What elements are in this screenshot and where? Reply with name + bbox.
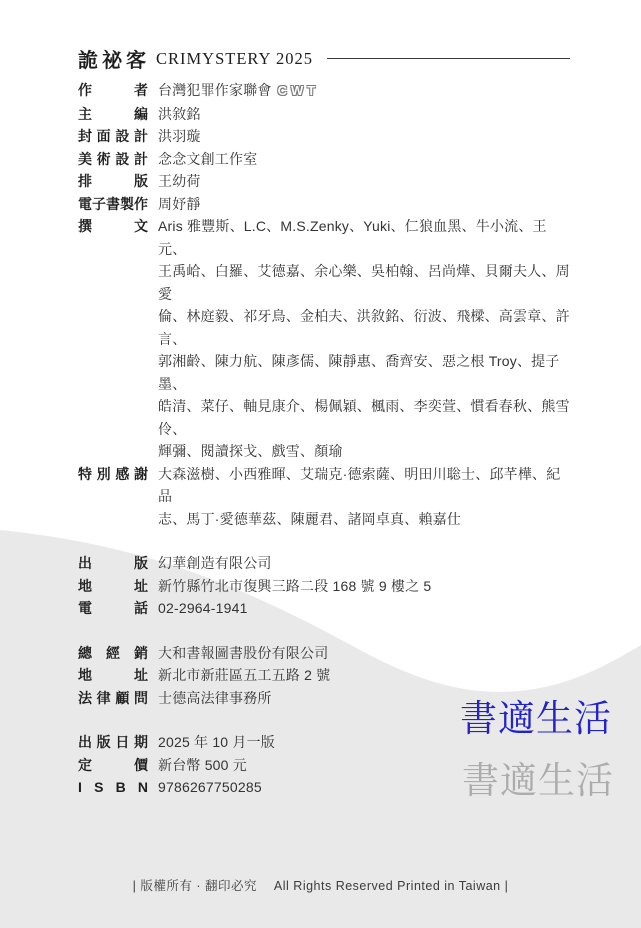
label-cover-design: 封面設計 [78,125,148,148]
row-cover-design: 封面設計 洪羽璇 [78,125,570,148]
value-ebook: 周妤靜 [158,193,570,216]
row-distributor-address: 地址 新北市新莊區五工五路 2 號 [78,664,570,687]
title-bar: 詭祕客 CRIMYSTERY 2025 [78,44,570,73]
label-contributors: 撰文 [78,215,148,463]
label-editor: 主編 [78,103,148,126]
row-distributor: 總經銷 大和書報圖書股份有限公司 [78,642,570,665]
label-publisher-address: 地址 [78,575,148,598]
value-art-design: 念念文創工作室 [158,148,570,171]
group-gap [78,620,570,642]
row-ebook: 電子書製作 周妤靜 [78,193,570,216]
special-thanks-line: 大森滋樹、小西雅暉、艾瑞克·德索薩、明田川聡士、邱芊樺、紀品 [158,463,570,508]
contributors-line: 輝彌、閱讀探戈、戲雪、顏瑜 [158,440,570,463]
contributors-line: 皓清、菜仔、軸見康介、楊佩穎、楓雨、李奕萱、慣看春秋、熊雪伶、 [158,395,570,440]
label-publisher: 出版 [78,552,148,575]
label-price: 定價 [78,754,148,777]
watermark-secondary: 書適生活 [462,750,614,804]
row-phone: 電話 02-2964-1941 [78,597,570,620]
colophon: 詭祕客 CRIMYSTERY 2025 作者 台灣犯罪作家聯會CWT 主編 洪敘… [78,44,570,799]
value-editor: 洪敘銘 [158,103,570,126]
special-thanks-line: 志、馬丁·愛德華茲、陳麗君、諸岡卓真、賴嘉仕 [158,508,570,531]
copyright-footer: | 版權所有 · 翻印必究 All Rights Reserved Printe… [0,876,641,894]
value-publisher: 幻華創造有限公司 [158,552,570,575]
value-phone: 02-2964-1941 [158,597,570,620]
label-special-thanks: 特別感謝 [78,463,148,531]
title-rule [327,58,570,59]
label-ebook: 電子書製作 [78,193,148,216]
label-phone: 電話 [78,597,148,620]
author-text: 台灣犯罪作家聯會 [158,82,272,98]
value-distributor: 大和書報圖書股份有限公司 [158,642,570,665]
label-legal-advisor: 法律顧問 [78,687,148,710]
label-distributor: 總經銷 [78,642,148,665]
value-distributor-address: 新北市新莊區五工五路 2 號 [158,664,570,687]
label-art-design: 美術設計 [78,148,148,171]
row-publisher-address: 地址 新竹縣竹北市復興三路二段 168 號 9 樓之 5 [78,575,570,598]
contributors-line: 倫、林庭毅、祁牙鳥、金柏夫、洪敘銘、衍波、飛樑、高雲章、許言、 [158,305,570,350]
label-isbn: I S B N [78,776,148,799]
book-title-en: CRIMYSTERY 2025 [156,49,313,69]
row-special-thanks: 特別感謝 大森滋樹、小西雅暉、艾瑞克·德索薩、明田川聡士、邱芊樺、紀品 志、馬丁… [78,463,570,531]
row-editor: 主編 洪敘銘 [78,103,570,126]
contributors-line: 王禹峆、白羅、艾德嘉、余心樂、吳柏翰、呂尚燁、貝爾夫人、周愛 [158,260,570,305]
value-special-thanks: 大森滋樹、小西雅暉、艾瑞克·德索薩、明田川聡士、邱芊樺、紀品 志、馬丁·愛德華茲… [158,463,570,531]
cwt-logo: CWT [278,83,320,98]
value-cover-design: 洪羽璇 [158,125,570,148]
book-title-zh: 詭祕客 [78,44,150,73]
label-publication-date: 出版日期 [78,731,148,754]
row-layout: 排版 王幼荷 [78,170,570,193]
row-publisher: 出版 幻華創造有限公司 [78,552,570,575]
row-contributors: 撰文 Aris 雅豐斯、L.C、M.S.Zenky、Yuki、仁狼血黑、牛小流、… [78,215,570,463]
label-distributor-address: 地址 [78,664,148,687]
value-layout: 王幼荷 [158,170,570,193]
watermark-primary: 書適生活 [460,688,612,742]
row-author: 作者 台灣犯罪作家聯會CWT [78,79,570,103]
label-author: 作者 [78,79,148,103]
label-layout: 排版 [78,170,148,193]
contributors-line: Aris 雅豐斯、L.C、M.S.Zenky、Yuki、仁狼血黑、牛小流、王元、 [158,215,570,260]
value-contributors: Aris 雅豐斯、L.C、M.S.Zenky、Yuki、仁狼血黑、牛小流、王元、… [158,215,570,463]
group-gap [78,530,570,552]
row-art-design: 美術設計 念念文創工作室 [78,148,570,171]
contributors-line: 郭湘齡、陳力航、陳彥儒、陳靜惠、喬齊安、惡之根 Troy、提子墨、 [158,350,570,395]
value-publisher-address: 新竹縣竹北市復興三路二段 168 號 9 樓之 5 [158,575,570,598]
value-author: 台灣犯罪作家聯會CWT [158,79,570,103]
